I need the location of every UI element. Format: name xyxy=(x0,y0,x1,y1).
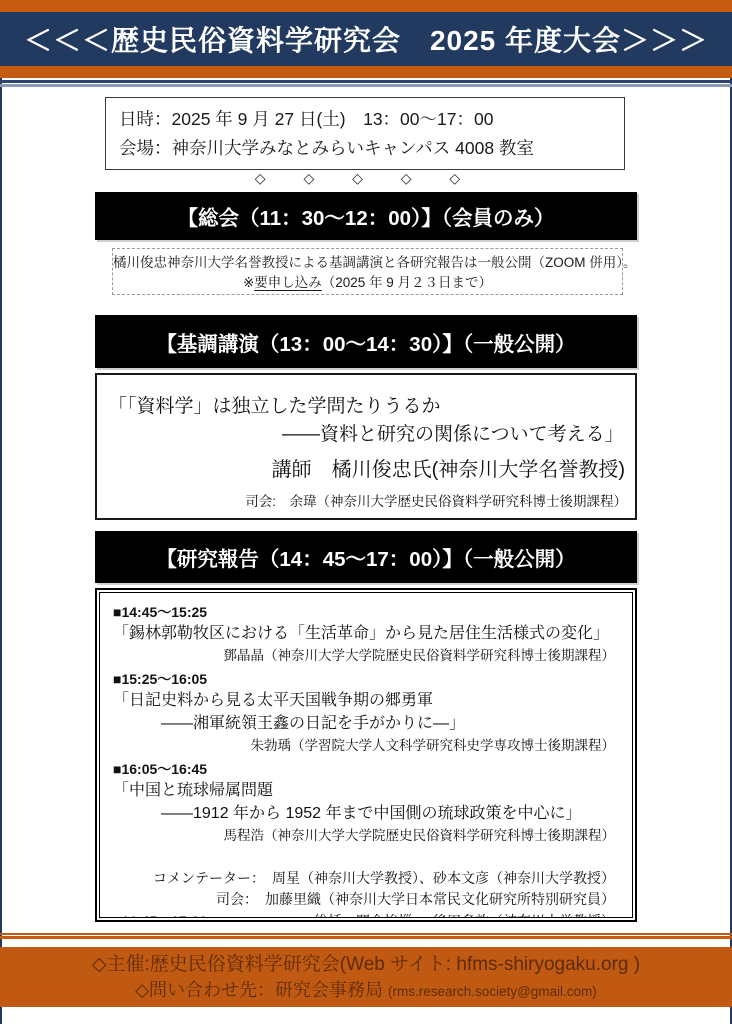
footer-organizer: ◇主催:歴史民俗資料学研究会(Web サイト: hfms-shiryogaku.… xyxy=(0,952,732,978)
closing-row: ■16:45～17:00 総括・閉会挨拶： 後田多敦（神奈川大学教授） xyxy=(113,911,619,918)
event-info-box: 日時：2025 年 9 月 27 日(土) 13：00～17：00 会場：神奈川… xyxy=(105,97,625,170)
report-3-presenter: 馬程浩（神奈川大学大学院歴史民俗資料学研究科博士後期課程） xyxy=(113,825,619,846)
footer-stripe-2 xyxy=(0,936,732,939)
section-heading-reports: 【研究報告（14：45～17：00）】（一般公開） xyxy=(95,531,637,583)
note-underlined: 要申し込み xyxy=(254,275,322,290)
public-access-note-box: 橘川俊忠神奈川大学名誉教授による基調講演と各研究報告は一般公開（ZOOM 併用）… xyxy=(112,248,623,295)
keynote-box: 「「資料学」は独立した学問たりうるか ――資料と研究の関係について考える」 講師… xyxy=(95,373,637,520)
header-orange-bar-top xyxy=(0,0,732,12)
reports-heading: 【研究報告（14：45～17：00）】（一般公開） xyxy=(156,542,575,572)
closing-remarks: 総括・閉会挨拶： 後田多敦（神奈川大学教授） xyxy=(314,911,619,918)
keynote-heading: 【基調講演（13：00～14：30）】（一般公開） xyxy=(156,327,575,357)
report-2-presenter: 朱勃瑀（学習院大学人文科学研究科史学専攻博士後期課程） xyxy=(113,735,619,756)
conference-poster: ＜＜＜歴史民俗資料学研究会 2025 年度大会＞＞＞ 日時：2025 年 9 月… xyxy=(0,0,732,1024)
footer-contact-label: ◇問い合わせ先：研究会事務局 xyxy=(135,980,383,1000)
report-2-title-line2: ――湘軍統領王鑫の日記を手がかりに―」 xyxy=(113,712,619,735)
keynote-lecturer: 講師 橘川俊忠氏(神奈川大学名誉教授) xyxy=(272,453,625,482)
header-title-band: ＜＜＜歴史民俗資料学研究会 2025 年度大会＞＞＞ xyxy=(0,12,732,66)
keynote-moderator: 司会: 余瑋（神奈川大学歴史民俗資料学研究科博士後期課程） xyxy=(245,490,627,510)
reports-box-inner: ■14:45～15:25 「錫林郭勒牧区における「生活革命」から見た居住生活様式… xyxy=(99,592,633,918)
note-mark: ※ xyxy=(243,275,254,290)
note-line2: ※要申し込み（2025 年 9 月２３日まで） xyxy=(113,273,622,293)
report-1-time: ■14:45～15:25 xyxy=(113,602,619,622)
header-rule-slate xyxy=(0,84,732,87)
section-heading-general-meeting: 【総会（11：30～12：00）】（会員のみ） xyxy=(95,192,637,240)
event-datetime: 日時：2025 年 9 月 27 日(土) 13：00～17：00 xyxy=(119,105,614,134)
report-2-title-line1: 「日記史料から見る太平天国戦争期の郷勇軍 xyxy=(113,689,619,712)
note-deadline: （2025 年 9 月２３日まで） xyxy=(322,275,492,290)
reports-box: ■14:45～15:25 「錫林郭勒牧区における「生活革命」から見た居住生活様式… xyxy=(95,588,637,922)
left-edge-line xyxy=(0,78,2,1024)
reports-spacer xyxy=(113,846,619,868)
reports-moderator: 司会： 加藤里織（神奈川大学日本常民文化研究所特別研究員） xyxy=(113,889,619,910)
note-line1: 橘川俊忠神奈川大学名誉教授による基調講演と各研究報告は一般公開（ZOOM 併用）… xyxy=(113,253,622,273)
general-meeting-heading: 【総会（11：30～12：00）】（会員のみ） xyxy=(177,201,554,231)
page-title: ＜＜＜歴史民俗資料学研究会 2025 年度大会＞＞＞ xyxy=(24,19,708,59)
header-rule-navy xyxy=(0,80,732,83)
reports-commentators: コメンテーター： 周星（神奈川大学教授）、砂本文彦（神奈川大学教授） xyxy=(113,868,619,889)
diamond-divider: ◇ ◇ ◇ ◇ ◇ xyxy=(0,170,732,187)
report-2-time: ■15:25～16:05 xyxy=(113,669,619,689)
report-3-title-line2: ――1912 年から 1952 年まで中国側の琉球政策を中心に」 xyxy=(113,802,619,825)
section-heading-keynote: 【基調講演（13：00～14：30）】（一般公開） xyxy=(95,315,637,368)
report-1-presenter: 鄧晶晶（神奈川大学大学院歴史民俗資料学研究科博士後期課程） xyxy=(113,645,619,666)
header-orange-bar-bottom xyxy=(0,66,732,78)
report-1-title: 「錫林郭勒牧区における「生活革命」から見た居住生活様式の変化」 xyxy=(113,622,619,645)
report-3-title-line1: 「中国と琉球帰属問題 xyxy=(113,779,619,802)
footer-contact-email: (rms.research.society@gmail.com) xyxy=(388,984,597,999)
keynote-title-line1: 「「資料学」は独立した学問たりうるか xyxy=(108,391,441,418)
event-venue: 会場：神奈川大学みなとみらいキャンパス 4008 教室 xyxy=(119,134,614,163)
closing-time: ■16:45～17:00 xyxy=(113,911,207,918)
footer-contact: ◇問い合わせ先：研究会事務局 (rms.research.society@gma… xyxy=(0,978,732,1004)
footer-band: ◇主催:歴史民俗資料学研究会(Web サイト: hfms-shiryogaku.… xyxy=(0,947,732,1007)
keynote-title-line2: ――資料と研究の関係について考える」 xyxy=(282,419,624,446)
footer-stripe-1 xyxy=(0,933,732,935)
report-3-time: ■16:05～16:45 xyxy=(113,759,619,779)
